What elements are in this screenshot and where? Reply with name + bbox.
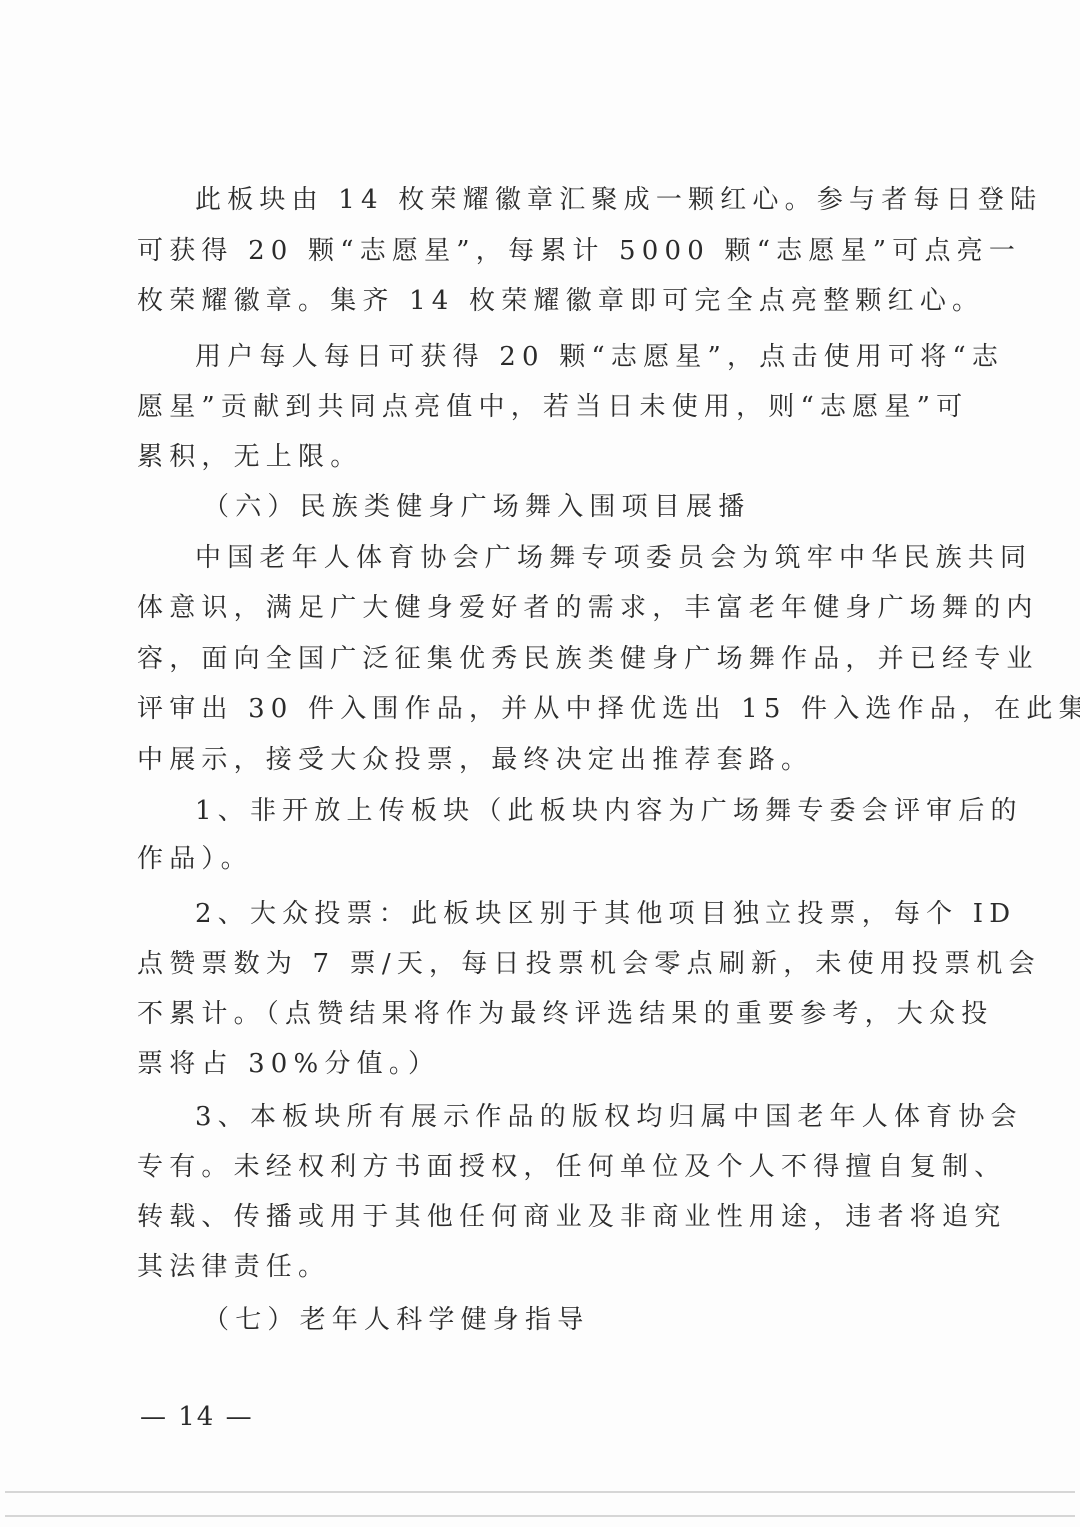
text-line: 不累计。（点赞结果将作为最终评选结果的重要参考，大众投 bbox=[137, 994, 943, 1034]
bottom-divider bbox=[5, 1515, 1075, 1517]
document-page: 此板块由 14 枚荣耀徽章汇聚成一颗红心。参与者每日登陆 可获得 20 颗“志愿… bbox=[0, 0, 1080, 1527]
text-line: 其法律责任。 bbox=[137, 1247, 943, 1287]
text-line: 2、大众投票：此板块区别于其他项目独立投票，每个 ID bbox=[195, 894, 943, 934]
section-heading-7: （七）老年人科学健身指导 bbox=[203, 1300, 589, 1340]
text-line: 转载、传播或用于其他任何商业及非商业性用途，违者将追究 bbox=[137, 1197, 943, 1237]
text-line: 枚荣耀徽章。集齐 14 枚荣耀徽章即可完全点亮整颗红心。 bbox=[137, 281, 943, 321]
text-line: 中国老年人体育协会广场舞专项委员会为筑牢中华民族共同 bbox=[195, 538, 943, 578]
text-line: 愿星”贡献到共同点亮值中，若当日未使用，则“志愿星”可 bbox=[137, 387, 943, 427]
text-line: 累积，无上限。 bbox=[137, 437, 943, 477]
text-line: 体意识，满足广大健身爱好者的需求，丰富老年健身广场舞的内 bbox=[137, 588, 943, 628]
text-line: 中展示，接受大众投票，最终决定出推荐套路。 bbox=[137, 740, 943, 780]
text-line: 点赞票数为 7 票/天，每日投票机会零点刷新，未使用投票机会 bbox=[137, 944, 943, 984]
text-line: 评审出 30 件入围作品，并从中择优选出 15 件入选作品，在此集 bbox=[137, 689, 943, 729]
text-line: 此板块由 14 枚荣耀徽章汇聚成一颗红心。参与者每日登陆 bbox=[195, 180, 943, 220]
page-number: — 14 — bbox=[140, 1397, 254, 1437]
text-line: 3、本板块所有展示作品的版权均归属中国老年人体育协会 bbox=[195, 1097, 943, 1137]
text-line: 作品）。 bbox=[137, 839, 943, 879]
bottom-divider bbox=[5, 1491, 1075, 1493]
text-line: 专有。未经权利方书面授权，任何单位及个人不得擅自复制、 bbox=[137, 1147, 943, 1187]
text-line: 1、非开放上传板块（此板块内容为广场舞专委会评审后的 bbox=[195, 791, 943, 831]
text-line: 用户每人每日可获得 20 颗“志愿星”，点击使用可将“志 bbox=[195, 337, 943, 377]
text-line: 容，面向全国广泛征集优秀民族类健身广场舞作品，并已经专业 bbox=[137, 639, 943, 679]
text-line: 票将占 30%分值。） bbox=[137, 1044, 943, 1084]
text-line: 可获得 20 颗“志愿星”，每累计 5000 颗“志愿星”可点亮一 bbox=[137, 231, 943, 271]
section-heading-6: （六）民族类健身广场舞入围项目展播 bbox=[203, 487, 750, 527]
